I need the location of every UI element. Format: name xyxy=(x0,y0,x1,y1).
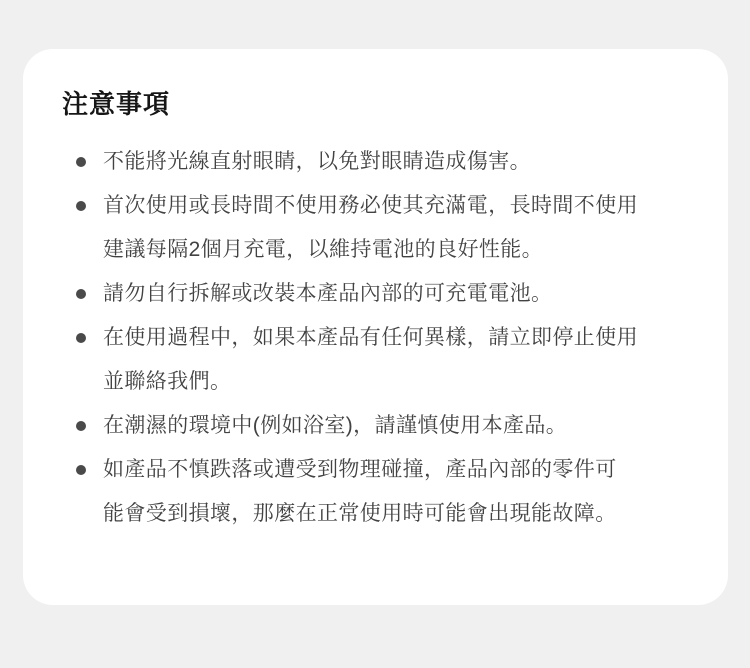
notice-list: 不能將光線直射眼睛，以免對眼睛造成傷害。 首次使用或長時間不使用務必使其充滿電，… xyxy=(23,140,728,536)
list-item: 在潮濕的環境中(例如浴室)，請謹慎使用本產品。 xyxy=(23,404,728,448)
bullet-dot-icon xyxy=(76,289,86,299)
bullet-dot-icon xyxy=(76,465,86,475)
notice-line: 首次使用或長時間不使用務必使其充滿電，長時間不使用 xyxy=(103,184,698,228)
list-item: 請勿自行拆解或改裝本產品內部的可充電電池。 xyxy=(23,272,728,316)
list-item: 在使用過程中，如果本產品有任何異樣，請立即停止使用 並聯絡我們。 xyxy=(23,316,728,404)
bullet-dot-icon xyxy=(76,157,86,167)
notice-line: 請勿自行拆解或改裝本產品內部的可充電電池。 xyxy=(103,272,698,316)
notice-line: 並聯絡我們。 xyxy=(103,360,698,404)
list-item: 不能將光線直射眼睛，以免對眼睛造成傷害。 xyxy=(23,140,728,184)
notice-line: 如產品不慎跌落或遭受到物理碰撞，產品內部的零件可 xyxy=(103,448,698,492)
notice-card: 注意事項 不能將光線直射眼睛，以免對眼睛造成傷害。 首次使用或長時間不使用務必使… xyxy=(23,49,728,605)
bullet-dot-icon xyxy=(76,421,86,431)
list-item: 如產品不慎跌落或遭受到物理碰撞，產品內部的零件可 能會受到損壞，那麼在正常使用時… xyxy=(23,448,728,536)
bullet-dot-icon xyxy=(76,201,86,211)
list-item: 首次使用或長時間不使用務必使其充滿電，長時間不使用 建議每隔2個月充電，以維持電… xyxy=(23,184,728,272)
notice-line: 能會受到損壞，那麼在正常使用時可能會出現能故障。 xyxy=(103,492,698,536)
notice-line: 在潮濕的環境中(例如浴室)，請謹慎使用本產品。 xyxy=(103,404,698,448)
page-title: 注意事項 xyxy=(62,87,728,121)
notice-line: 在使用過程中，如果本產品有任何異樣，請立即停止使用 xyxy=(103,316,698,360)
notice-line: 建議每隔2個月充電，以維持電池的良好性能。 xyxy=(103,228,698,272)
notice-line: 不能將光線直射眼睛，以免對眼睛造成傷害。 xyxy=(103,140,698,184)
bullet-dot-icon xyxy=(76,333,86,343)
